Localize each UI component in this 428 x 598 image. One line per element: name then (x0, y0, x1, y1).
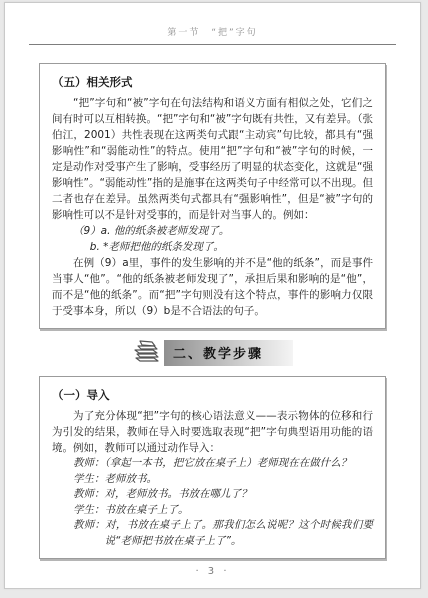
section-1-title: （一）导入 (52, 387, 373, 403)
example-9b: b. *老师把他的纸条发现了。 (90, 239, 373, 255)
page-sheet: 第一节 “把”字句 （五）相关形式 “把”字句和“被”字句在句法结构和语义方面有… (4, 2, 421, 589)
page-number: · 3 · (5, 566, 420, 577)
section-5-paragraph-1: “把”字句和“被”字句在句法结构和语义方面有相似之处，它们之间有时可以互相转换。… (52, 95, 373, 223)
section-5-paragraph-2: 在例（9）a里，事件的发生影响的并不是“他的纸条”，而是事件当事人“他”。“他的… (52, 255, 373, 319)
section-5-title: （五）相关形式 (52, 74, 373, 90)
dialogue-line: 学生：老师放书。 (52, 472, 373, 488)
section-1-box: （一）导入 为了充分体现“把”字句的核心语法意义——表示物体的位移和行为引发的结… (39, 376, 386, 559)
dialogue-line: 教师：（拿起一本书，把它放在桌子上）老师现在在做什么？ (52, 456, 373, 472)
header-rule (29, 44, 396, 45)
teaching-steps-heading: 二、教学步骤 (5, 338, 420, 368)
example-9a: （9）a. 他的纸条被老师发现了。 (73, 223, 373, 239)
dialogue-line: 教师：对，书放在桌子上了。那我们怎么说呢？这个时候我们要说“老师把书放在桌子上了… (52, 518, 373, 549)
running-header: 第一节 “把”字句 (5, 25, 420, 38)
dialogue-line: 教师：对，老师放书。书放在哪儿了？ (52, 487, 373, 503)
teaching-steps-label: 二、教学步骤 (164, 340, 293, 366)
books-icon (132, 338, 162, 368)
section-5-box: （五）相关形式 “把”字句和“被”字句在句法结构和语义方面有相似之处，它们之间有… (39, 63, 386, 329)
section-1-paragraph-1: 为了充分体现“把”字句的核心语法意义——表示物体的位移和行为引发的结果，教师在导… (52, 408, 373, 456)
dialogue-line: 学生：书放在桌子上了。 (52, 503, 373, 519)
